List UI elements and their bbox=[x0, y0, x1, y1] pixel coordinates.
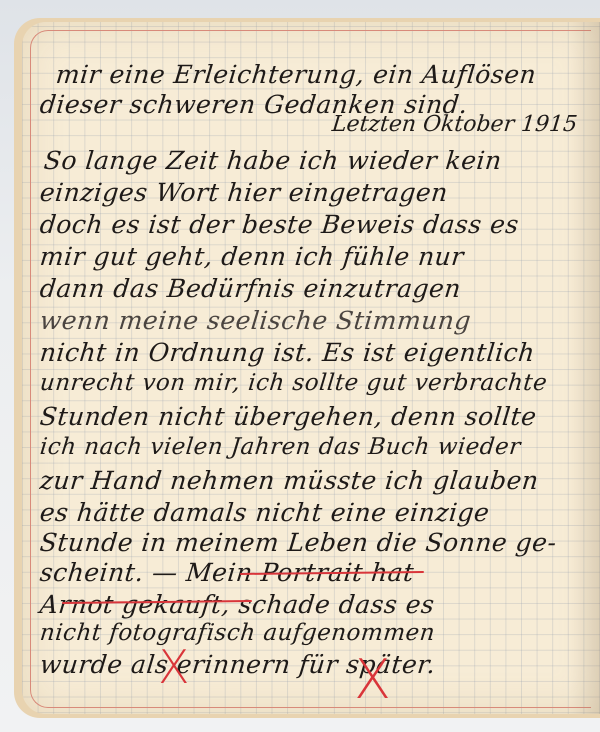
text-line: unrecht von mir, ich sollte gut verbrach… bbox=[39, 370, 549, 396]
text-line: nicht in Ordnung ist. Es ist eigentlich bbox=[38, 338, 536, 367]
text-line: Stunden nicht übergehen, denn sollte bbox=[38, 402, 538, 431]
text-line: mir eine Erleichterung, ein Auflösen bbox=[54, 60, 537, 89]
red-x-mark: X bbox=[158, 640, 190, 694]
date-heading: Letzten Oktober 1915 bbox=[331, 112, 579, 137]
text-line: ich nach vielen Jahren das Buch wieder bbox=[39, 434, 522, 460]
red-x-mark: X bbox=[354, 648, 391, 711]
text-line: wenn meine seelische Stimmung bbox=[38, 306, 472, 335]
text-line: Arnot gekauft, schade dass es bbox=[38, 590, 436, 619]
text-line: doch es ist der beste Beweis dass es bbox=[38, 210, 520, 239]
text-line: So lange Zeit habe ich wieder kein bbox=[42, 146, 503, 175]
text-line: dann das Bedürfnis einzutragen bbox=[38, 274, 462, 303]
text-line: zur Hand nehmen müsste ich glauben bbox=[38, 466, 540, 495]
text-line: nicht fotografisch aufgenommen bbox=[39, 620, 437, 646]
text-line: mir gut geht, denn ich fühle nur bbox=[38, 242, 465, 271]
text-line: es hätte damals nicht eine einzige bbox=[38, 498, 490, 527]
text-line: einziges Wort hier eingetragen bbox=[38, 178, 449, 207]
text-line: Stunde in meinem Leben die Sonne ge- bbox=[38, 528, 558, 557]
